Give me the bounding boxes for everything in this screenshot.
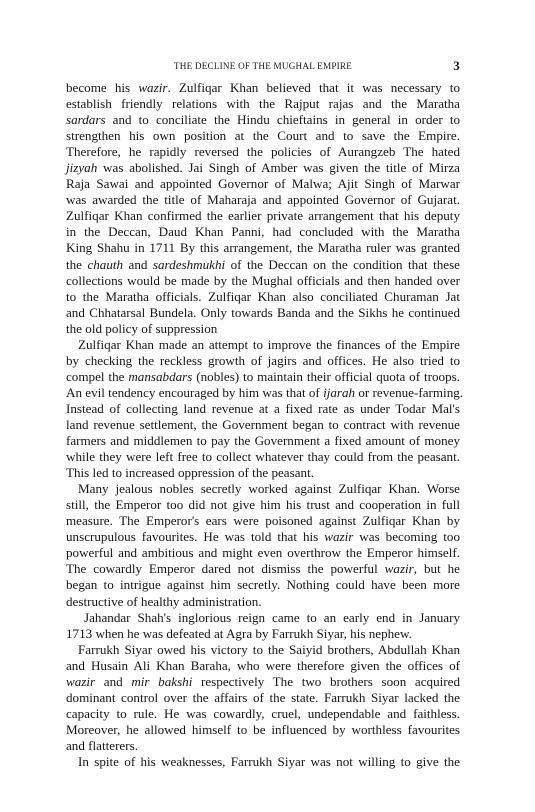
text-span: Farrukh Siyar owed his victory to the Sa… — [78, 642, 460, 657]
body-text: become his wazir. Zulfiqar Khan believed… — [66, 80, 460, 770]
text-line: measure. The Emperor's ears were poisone… — [66, 513, 460, 529]
text-span: Moreover, he allowed himself to be influ… — [66, 722, 460, 737]
text-span: . Zulfiqar Khan believed that it was nec… — [167, 80, 460, 95]
page-number: 3 — [453, 58, 460, 74]
text-span: in the Deccan, Daud Khan Panni, had conc… — [66, 224, 460, 239]
text-line: capacity to rule. He was cowardly, cruel… — [66, 706, 460, 722]
italic-term: wazir — [324, 529, 353, 544]
text-line: Many jealous nobles secretly worked agai… — [66, 481, 460, 497]
text-line: Zulfiqar Khan made an attempt to improve… — [66, 337, 460, 353]
italic-term: sardars — [66, 112, 106, 127]
text-line: farmers and middlemen to pay the Governm… — [66, 433, 460, 449]
text-line: and Husain Ali Khan Baraha, who were the… — [66, 658, 460, 674]
text-span: while they were left free to collect wha… — [66, 449, 460, 464]
text-span: and — [95, 674, 131, 689]
text-line: and flatterers. — [66, 738, 460, 754]
text-line: establish friendly relations with the Ra… — [66, 96, 460, 112]
book-page: THE DECLINE OF THE MUGHAL EMPIRE 3 becom… — [0, 0, 535, 812]
text-span: This led to increased oppression of the … — [66, 465, 314, 480]
text-line: 1713 when he was defeated at Agra by Far… — [66, 626, 460, 642]
text-line: unscrupulous favourites. He was told tha… — [66, 529, 460, 545]
text-line: Zulfiqar Khan confirmed the earlier priv… — [66, 208, 460, 224]
text-span: Zulfiqar Khan confirmed the earlier priv… — [66, 208, 460, 223]
text-line: dominant control over the affairs of the… — [66, 690, 460, 706]
text-span: powerful and ambitious and might even ov… — [66, 545, 460, 560]
text-line: land revenue settlement, the Government … — [66, 417, 460, 433]
text-span: (nobles) to maintain their official quot… — [192, 369, 460, 384]
text-span: Instead of collecting land revenue at a … — [66, 401, 460, 416]
text-span: and Chhatarsal Bundela. Only towards Ban… — [66, 305, 460, 320]
text-line: strengthen his own position at the Court… — [66, 128, 460, 144]
text-line: Instead of collecting land revenue at a … — [66, 401, 460, 417]
italic-term: ijarah — [323, 385, 355, 400]
text-line: Farrukh Siyar owed his victory to the Sa… — [66, 642, 460, 658]
italic-term: jizyah — [66, 160, 97, 175]
text-span: or revenue-farming. — [355, 385, 463, 400]
text-span: was becoming too — [353, 529, 460, 544]
text-span: measure. The Emperor's ears were poisone… — [66, 513, 460, 528]
text-line: while they were left free to collect wha… — [66, 449, 460, 465]
text-line: Raja Sawai and appointed Governor of Mal… — [66, 176, 460, 192]
text-span: was abolished. Jai Singh of Amber was gi… — [97, 160, 460, 175]
text-line: by checking the reckless growth of jagir… — [66, 353, 460, 369]
text-line: powerful and ambitious and might even ov… — [66, 545, 460, 561]
text-span: The cowardly Emperor dared not dismiss t… — [66, 561, 385, 576]
text-span: Jahandar Shah's inglorious reign came to… — [84, 610, 460, 625]
text-span: Raja Sawai and appointed Governor of Mal… — [66, 176, 460, 191]
text-span: Therefore, he rapidly reversed the polic… — [66, 144, 460, 159]
text-line: jizyah was abolished. Jai Singh of Amber… — [66, 160, 460, 176]
text-line: compel the mansabdars (nobles) to mainta… — [66, 369, 460, 385]
text-span: and flatterers. — [66, 738, 138, 753]
text-line: This led to increased oppression of the … — [66, 465, 460, 481]
text-span: Zulfiqar Khan made an attempt to improve… — [78, 337, 460, 352]
text-line: destructive of healthy administration. — [66, 594, 460, 610]
text-line: was awarded the title of Maharaja and ap… — [66, 192, 460, 208]
text-span: An evil tendency encouraged by him was t… — [66, 385, 323, 400]
text-span: farmers and middlemen to pay the Governm… — [66, 433, 460, 448]
text-line: become his wazir. Zulfiqar Khan believed… — [66, 80, 460, 96]
text-span: establish friendly relations with the Ra… — [66, 96, 460, 111]
text-line: The cowardly Emperor dared not dismiss t… — [66, 561, 460, 577]
italic-term: mansabdars — [128, 369, 192, 384]
text-span: of the Deccan on the condition that thes… — [225, 257, 460, 272]
text-span: Many jealous nobles secretly worked agai… — [78, 481, 460, 496]
text-line: to the Maratha officials. Zulfiqar Khan … — [66, 289, 460, 305]
italic-term: wazir — [66, 674, 95, 689]
text-span: by checking the reckless growth of jagir… — [66, 353, 460, 368]
text-line: King Shahu in 1711 By this arrangement, … — [66, 240, 460, 256]
italic-term: wazir — [385, 561, 414, 576]
text-span: respectively The two brothers soon acqui… — [192, 674, 460, 689]
text-span: compel the — [66, 369, 128, 384]
text-span: was awarded the title of Maharaja and ap… — [66, 192, 460, 207]
text-span: dominant control over the affairs of the… — [66, 690, 460, 705]
text-span: collections would be made by the Mughal … — [66, 273, 460, 288]
text-line: sardars and to conciliate the Hindu chie… — [66, 112, 460, 128]
text-line: Moreover, he allowed himself to be influ… — [66, 722, 460, 738]
text-span: began to intrigue against him secretly. … — [66, 577, 460, 592]
text-line: in the Deccan, Daud Khan Panni, had conc… — [66, 224, 460, 240]
text-span: and to conciliate the Hindu chieftains i… — [106, 112, 460, 127]
italic-term: chauth — [87, 257, 123, 272]
text-span: and Husain Ali Khan Baraha, who were the… — [66, 658, 460, 673]
text-span: land revenue settlement, the Government … — [66, 417, 460, 432]
text-span: In spite of his weaknesses, Farrukh Siya… — [78, 754, 460, 769]
text-span: and — [123, 257, 153, 272]
text-span: still, the Emperor too did not give him … — [66, 497, 460, 512]
text-line: began to intrigue against him secretly. … — [66, 577, 460, 593]
text-line: collections would be made by the Mughal … — [66, 273, 460, 289]
text-line: In spite of his weaknesses, Farrukh Siya… — [66, 754, 460, 770]
text-span: 1713 when he was defeated at Agra by Far… — [66, 626, 412, 641]
text-line: and Chhatarsal Bundela. Only towards Ban… — [66, 305, 460, 321]
text-span: destructive of healthy administration. — [66, 594, 262, 609]
text-line: the old policy of suppression — [66, 321, 460, 337]
text-span: strengthen his own position at the Court… — [66, 128, 460, 143]
text-line: Therefore, he rapidly reversed the polic… — [66, 144, 460, 160]
text-line: An evil tendency encouraged by him was t… — [66, 385, 460, 401]
text-line: still, the Emperor too did not give him … — [66, 497, 460, 513]
italic-term: mir bakshi — [131, 674, 192, 689]
text-span: to the Maratha officials. Zulfiqar Khan … — [66, 289, 460, 304]
text-span: become his — [66, 80, 138, 95]
text-span: unscrupulous favourites. He was told tha… — [66, 529, 324, 544]
text-span: capacity to rule. He was cowardly, cruel… — [66, 706, 460, 721]
text-line: wazir and mir bakshi respectively The tw… — [66, 674, 460, 690]
text-span: the old policy of suppression — [66, 321, 217, 336]
italic-term: sardeshmukhi — [153, 257, 225, 272]
text-span: the — [66, 257, 87, 272]
italic-term: wazir — [138, 80, 167, 95]
text-line: Jahandar Shah's inglorious reign came to… — [66, 610, 460, 626]
text-span: King Shahu in 1711 By this arrangement, … — [66, 240, 460, 255]
text-line: the chauth and sardeshmukhi of the Decca… — [66, 257, 460, 273]
text-span: , but he — [414, 561, 460, 576]
running-title: THE DECLINE OF THE MUGHAL EMPIRE — [66, 61, 460, 71]
